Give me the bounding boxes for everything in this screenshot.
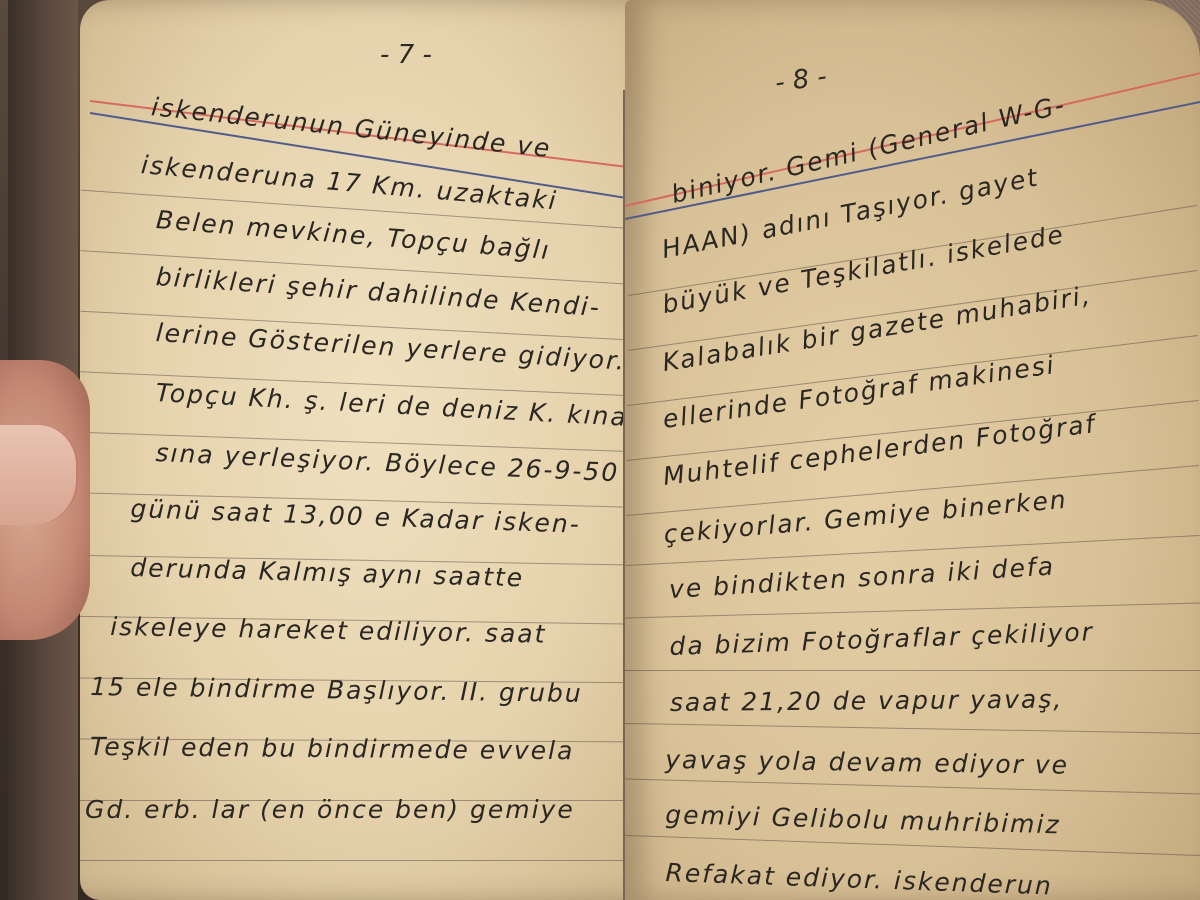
handwritten-line: birlikleri şehir dahilinde Kendi- — [155, 262, 602, 322]
handwritten-line: Topçu Kh. ş. leri de deniz K. kına- — [155, 378, 639, 432]
handwritten-line: saat 21,20 de vapur yavaş, — [670, 685, 1064, 717]
ruled-line — [625, 778, 1200, 794]
handwritten-line: günü saat 13,00 e Kadar isken- — [130, 494, 581, 539]
handwritten-line: derunda Kalmış aynı saatte — [130, 553, 525, 592]
handwritten-line: iskenderuna 17 Km. uzaktaki — [140, 150, 559, 215]
handwritten-line: Gd. erb. lar (en önce ben) gemiye — [85, 795, 575, 824]
handwritten-line: Refakat ediyor. iskenderun — [665, 858, 1053, 900]
ruled-line — [625, 602, 1200, 618]
handwritten-line: yavaş yola devam ediyor ve — [665, 745, 1069, 780]
page-number-left: - 7 - — [380, 40, 432, 70]
handwritten-line: Belen mevkine, Topçu bağlı — [155, 205, 552, 265]
handwritten-line: sına yerleşiyor. Böylece 26-9-50 — [155, 438, 620, 487]
handwritten-line: iskeleye hareket ediliyor. saat — [110, 612, 547, 649]
page-number-right: - 8 - — [773, 62, 829, 99]
handwritten-line: 15 ele bindirme Başlıyor. II. grubu — [90, 672, 583, 708]
ruled-line — [80, 860, 665, 861]
handwritten-line: gemiyi Gelibolu muhribimiz — [665, 800, 1061, 839]
handwritten-line: da bizim Fotoğraflar çekiliyor — [669, 617, 1094, 661]
ruled-line — [625, 723, 1200, 734]
handwritten-line: iskenderunun Güneyinde ve — [150, 92, 553, 163]
handwritten-line: Teşkil eden bu bindirmede evvela — [90, 732, 575, 765]
ruled-line — [625, 670, 1200, 671]
left-page: - 7 - iskenderunun Güneyinde ve iskender… — [80, 0, 665, 900]
open-notebook: - 7 - iskenderunun Güneyinde ve iskender… — [40, 0, 1200, 900]
thumbnail — [0, 425, 78, 525]
right-page: - 8 - biniyor. Gemi (General W-G- HAAN) … — [625, 0, 1200, 900]
ruled-line — [625, 835, 1200, 856]
